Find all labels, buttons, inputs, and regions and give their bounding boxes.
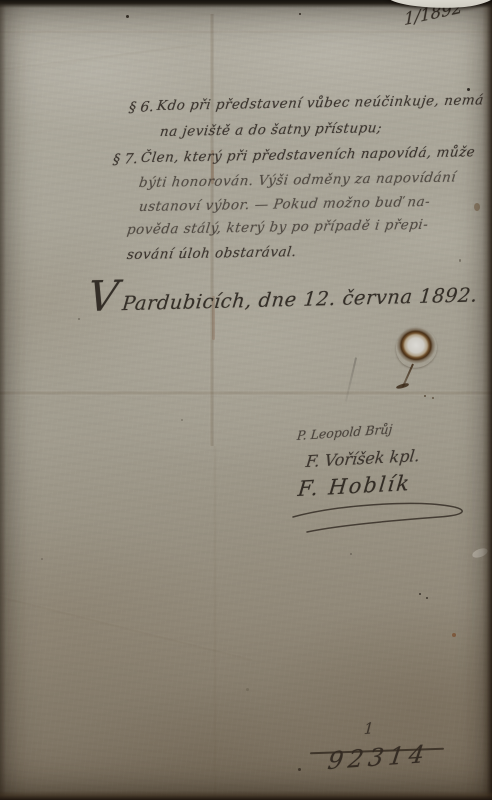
photo-edge-left: [0, 0, 6, 800]
document-photo: § 6. Kdo při představení vůbec neúčinkuj…: [0, 0, 492, 800]
photo-edge-right: [482, 0, 492, 800]
photo-vignette: [0, 0, 492, 800]
photo-edge-bottom: [0, 791, 492, 800]
